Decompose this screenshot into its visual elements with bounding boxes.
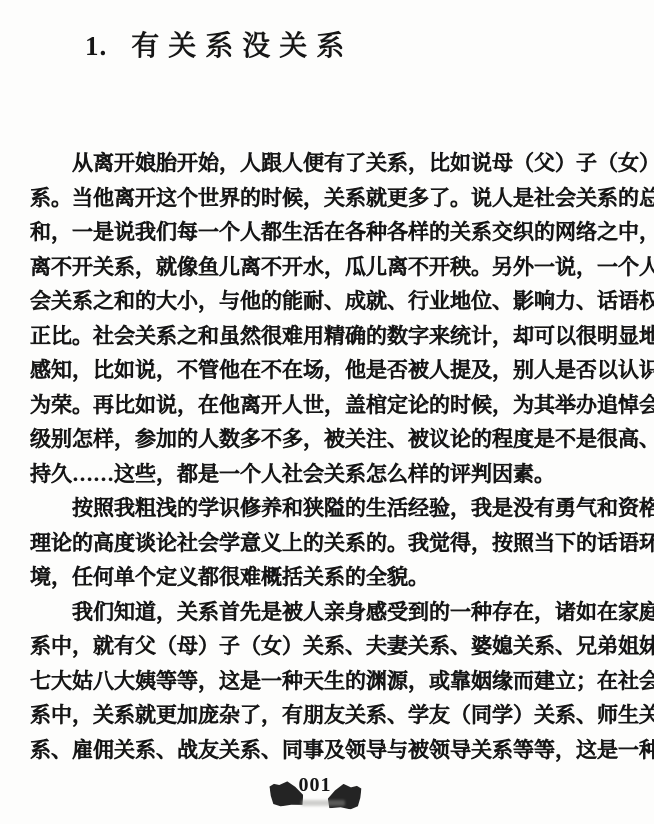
text-line: 持久……这些，都是一个人社会关系怎么样的评判因素。: [30, 457, 626, 492]
text-line: 和，一是说我们每一个人都生活在各种各样的关系交织的网络之中，人: [30, 215, 626, 250]
page-footer: 001: [0, 772, 642, 812]
text-line: 系中，关系就更加庞杂了，有朋友关系、学友（同学）关系、师生关: [30, 698, 626, 733]
text-line: 会关系之和的大小，与他的能耐、成就、行业地位、影响力、话语权成: [30, 284, 626, 319]
page-number: 001: [299, 772, 332, 798]
footer-print-smudge: [301, 800, 345, 806]
text-line: 从离开娘胎开始，人跟人便有了关系，比如说母（父）子（女）关: [30, 146, 626, 181]
text-line: 级别怎样，参加的人数多不多，被关注、被议论的程度是不是很高、很: [30, 422, 626, 457]
text-line: 七大姑八大姨等等，这是一种天生的渊源，或靠姻缘而建立；在社会关: [30, 664, 626, 699]
text-line: 系。当他离开这个世界的时候，关系就更多了。说人是社会关系的总: [30, 181, 626, 216]
text-line: 离不开关系，就像鱼儿离不开水，瓜儿离不开秧。另外一说，一个人社: [30, 250, 626, 285]
text-line: 我们知道，关系首先是被人亲身感受到的一种存在，诸如在家庭关: [30, 595, 626, 630]
chapter-number: 1.: [85, 31, 107, 62]
text-line: 系、雇佣关系、战友关系、同事及领导与被领导关系等等，这是一种后: [30, 733, 626, 768]
chapter-title-text: 有关系没关系: [131, 24, 353, 64]
chapter-title: 1. 有关系没关系: [85, 24, 353, 64]
body-text: 从离开娘胎开始，人跟人便有了关系，比如说母（父）子（女）关系。当他离开这个世界的…: [30, 146, 626, 767]
book-page: 1. 有关系没关系 从离开娘胎开始，人跟人便有了关系，比如说母（父）子（女）关系…: [0, 0, 654, 824]
text-line: 正比。社会关系之和虽然很难用精确的数字来统计，却可以很明显地被: [30, 319, 626, 354]
text-line: 系中，就有父（母）子（女）关系、夫妻关系、婆媳关系、兄弟姐妹、: [30, 629, 626, 664]
text-line: 感知，比如说，不管他在不在场，他是否被人提及，别人是否以认识他: [30, 353, 626, 388]
text-line: 按照我粗浅的学识修养和狭隘的生活经验，我是没有勇气和资格从: [30, 491, 626, 526]
text-line: 理论的高度谈论社会学意义上的关系的。我觉得，按照当下的话语环: [30, 526, 626, 561]
text-line: 境，任何单个定义都很难概括关系的全貌。: [30, 560, 626, 595]
text-line: 为荣。再比如说，在他离开人世，盖棺定论的时候，为其举办追悼会的: [30, 388, 626, 423]
